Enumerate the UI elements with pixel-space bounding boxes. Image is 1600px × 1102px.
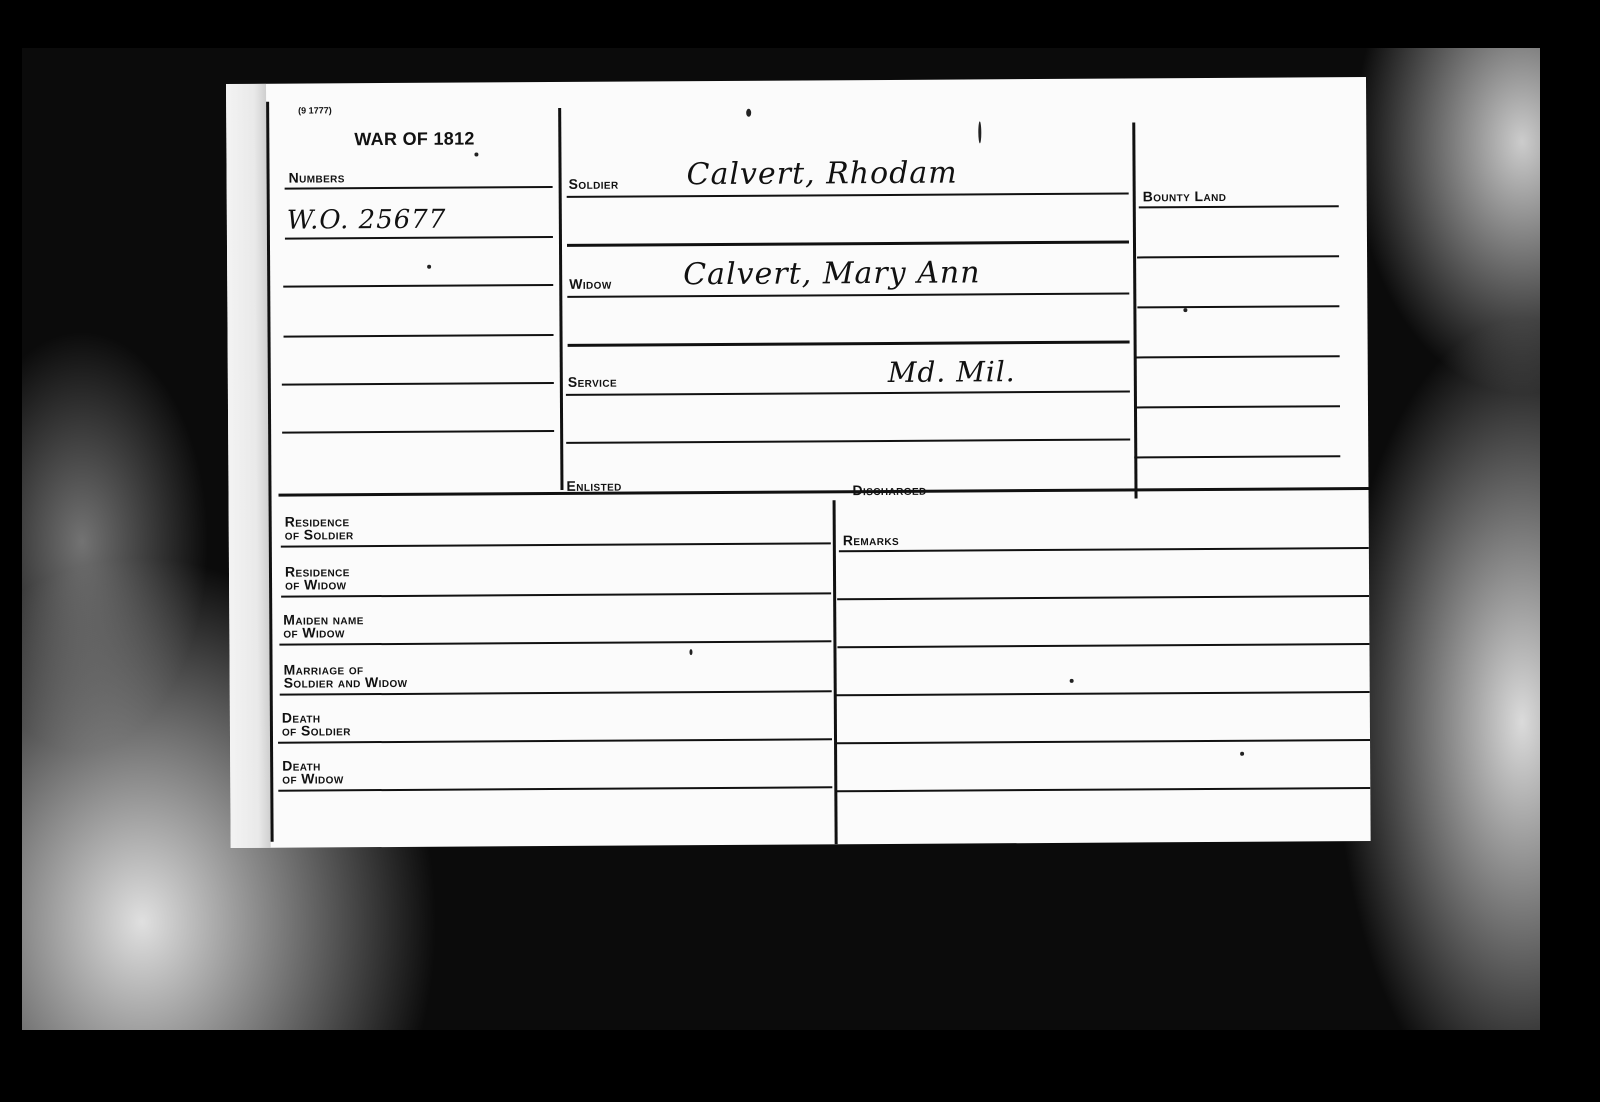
soldier-rule-2 [567, 240, 1129, 246]
scan-speck [978, 121, 981, 143]
scan-speck [746, 109, 751, 117]
service-rule [566, 390, 1130, 395]
residence-soldier-label-2: of Soldier [285, 528, 354, 541]
bounty-rule-2 [1137, 255, 1339, 258]
remarks-rule-4 [836, 691, 1370, 696]
bounty-rule-6 [1134, 455, 1340, 458]
divider-fields-remarks [833, 500, 838, 844]
divider-left-middle [558, 108, 563, 490]
card-left-margin [226, 84, 271, 848]
remarks-rule-2 [837, 595, 1369, 600]
widow-name: Calvert, Mary Ann [683, 255, 981, 292]
numbers-line-5 [282, 430, 554, 434]
pension-index-card: (9 1777) WAR OF 1812 Numbers W.O. 25677 … [226, 77, 1371, 848]
marriage-rule [280, 690, 832, 695]
bounty-rule-3 [1137, 305, 1339, 308]
marriage-label-2: Soldier and Widow [284, 676, 408, 690]
death-soldier-label-2: of Soldier [282, 724, 351, 737]
remarks-rule-5 [836, 739, 1370, 744]
frame-edge-right [1540, 22, 1568, 1060]
bounty-land-label: Bounty Land [1143, 190, 1227, 204]
service-label: Service [568, 376, 617, 389]
remarks-rule-6 [836, 787, 1370, 792]
widow-rule [567, 292, 1129, 297]
frame-edge-bottom [22, 1030, 1568, 1060]
widow-rule-2 [568, 340, 1130, 346]
scan-speck [1240, 752, 1244, 756]
death-widow-label-2: of Widow [282, 772, 344, 785]
bounty-rule-4 [1136, 355, 1340, 358]
bounty-rule-5 [1136, 405, 1340, 408]
remarks-label: Remarks [843, 534, 899, 547]
numbers-line-4 [282, 382, 554, 386]
scan-speck [689, 649, 692, 655]
form-code: (9 1777) [298, 105, 332, 115]
remarks-rule-1 [839, 547, 1369, 552]
residence-soldier-rule [281, 542, 831, 547]
soldier-label: Soldier [569, 178, 619, 191]
scan-speck [427, 265, 431, 269]
divider-middle-right [1132, 122, 1137, 498]
maiden-name-rule [279, 640, 831, 645]
service-rule-2 [566, 438, 1130, 443]
card-title: WAR OF 1812 [354, 128, 474, 150]
section-divider [279, 487, 1369, 497]
bounty-rule-1 [1139, 205, 1339, 208]
widow-label: Widow [569, 278, 612, 291]
scan-speck [474, 152, 478, 156]
death-widow-rule [278, 786, 832, 791]
residence-widow-label-2: of Widow [285, 578, 347, 591]
death-soldier-rule [278, 738, 832, 743]
soldier-rule [567, 192, 1129, 197]
soldier-name: Calvert, Rhodam [686, 156, 957, 193]
numbers-line-2 [283, 284, 553, 288]
numbers-line-3 [284, 334, 554, 338]
maiden-name-label-2: of Widow [283, 626, 345, 639]
service-value: Md. Mil. [888, 355, 1016, 389]
residence-widow-rule [281, 592, 831, 597]
numbers-line-1 [285, 236, 553, 240]
remarks-rule-3 [837, 643, 1369, 648]
numbers-label: Numbers [289, 171, 345, 184]
frame-edge-top [22, 22, 1568, 48]
scan-speck [1070, 679, 1074, 683]
numbers-rule [285, 186, 553, 190]
scan-speck [1183, 308, 1187, 312]
numbers-value: W.O. 25677 [287, 205, 447, 236]
